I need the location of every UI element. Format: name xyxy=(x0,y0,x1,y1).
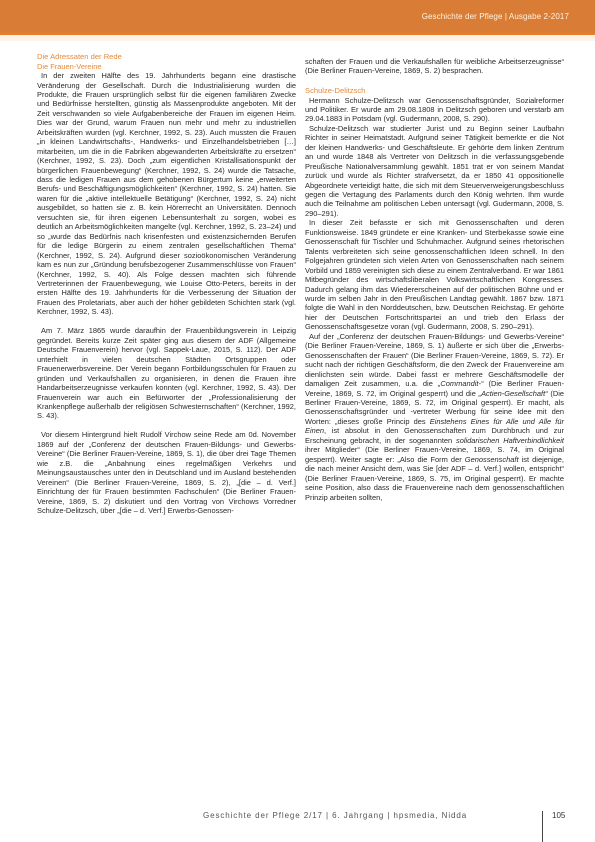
header-shadow xyxy=(0,35,595,41)
paragraph: schaften der Frauen und die Verkaufshall… xyxy=(305,57,564,76)
emphasis: Genossenschaft xyxy=(465,455,519,464)
left-column: Die Adressaten der Rede Die Frauen-Verei… xyxy=(37,52,296,515)
paragraph: Auf der „Conferenz der deutschen Frauen-… xyxy=(305,332,564,502)
emphasis: „Actien-Gesellschaft“ xyxy=(479,389,548,398)
page-number: 105 xyxy=(552,811,565,820)
running-head: Geschichte der Pflege | Ausgabe 2-2017 xyxy=(422,12,569,21)
paragraph: In dieser Zeit befasste er sich mit Geno… xyxy=(305,218,564,331)
page-footer: Geschichte der Pflege 2/17 | 6. Jahrgang… xyxy=(0,811,595,842)
right-column: schaften der Frauen und die Verkaufshall… xyxy=(305,57,564,502)
emphasis: solidarischen Haftverbindlichkeit xyxy=(456,436,564,445)
section-heading-schulze-delitzsch: Schulze-Delitzsch xyxy=(305,86,564,96)
paragraph: In der zweiten Hälfte des 19. Jahrhunder… xyxy=(37,71,296,317)
paragraph: Vor diesem Hintergrund hielt Rudolf Virc… xyxy=(37,430,296,515)
section-heading: Die Adressaten der Rede xyxy=(37,52,296,62)
footer-divider xyxy=(542,811,543,842)
emphasis: „Commandit-“ xyxy=(438,379,483,388)
header-bar: Geschichte der Pflege | Ausgabe 2-2017 xyxy=(0,0,595,35)
paragraph: Am 7. März 1865 wurde daraufhin der Frau… xyxy=(37,326,296,421)
section-subheading: Die Frauen-Vereine xyxy=(37,62,296,71)
paragraph: Hermann Schulze-Delitzsch war Genossensc… xyxy=(305,96,564,124)
paragraph: Schulze-Delitzsch war studierter Jurist … xyxy=(305,124,564,219)
journal-line: Geschichte der Pflege 2/17 | 6. Jahrgang… xyxy=(203,811,467,820)
